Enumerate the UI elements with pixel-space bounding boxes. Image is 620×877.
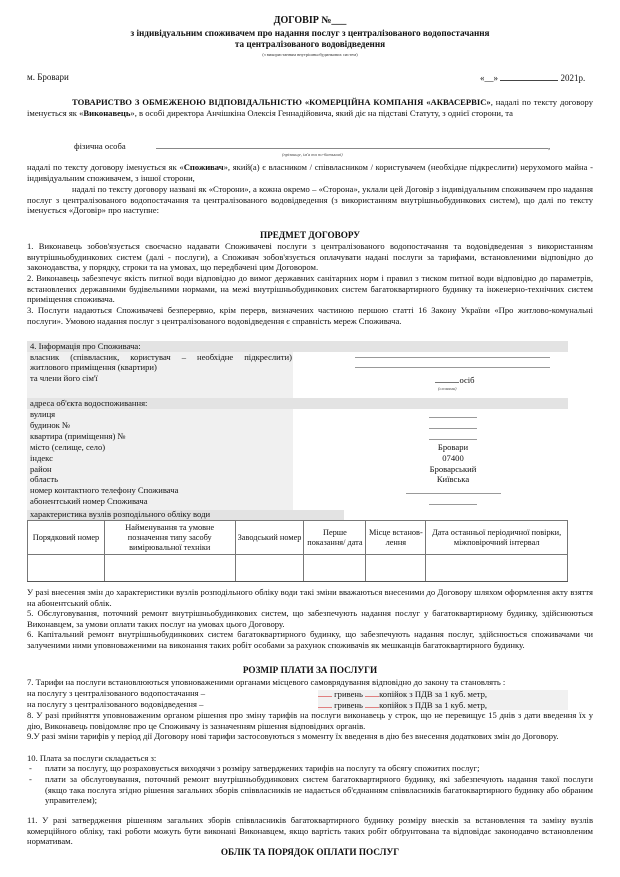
person-caption: (прізвище, ім'я та по-батькові) xyxy=(282,152,343,158)
subtitle-line-1: з індивідуальним споживачем про надання … xyxy=(0,28,620,39)
bullet-dash-icon: - xyxy=(29,774,32,785)
executor-word: Виконавець xyxy=(83,108,130,118)
meters-table: Порядковий номерНайменування та умовне п… xyxy=(27,520,568,582)
person-label: фізична особа xyxy=(74,141,126,151)
tariff-uah-field[interactable] xyxy=(318,688,332,697)
address-value[interactable] xyxy=(393,420,513,431)
owner-label-1: власник (співвласник, користувач – необх… xyxy=(30,352,292,362)
date-year: 2021р. xyxy=(561,73,586,83)
clause-7: 7. Тарифи на послуги встановлюються упов… xyxy=(27,677,593,688)
consumer-info-heading: 4. Інформація про Споживача: xyxy=(30,341,141,351)
address-label: абонентський номер Споживача xyxy=(30,496,148,506)
family-caption: (словами) xyxy=(438,386,457,392)
owner-label-3: та члени його сім'ї xyxy=(30,373,98,383)
address-label: індекс xyxy=(30,453,53,463)
owner-name-field-2[interactable] xyxy=(355,367,550,368)
address-label: місто (селище, село) xyxy=(30,442,105,452)
table-row xyxy=(28,555,568,582)
address-label: область xyxy=(30,474,58,484)
address-label: будинок № xyxy=(30,420,70,430)
address-value[interactable]: Бровари xyxy=(393,442,513,452)
subtitle-note: (з використанням внутрішньобудинкових си… xyxy=(0,52,620,58)
meters-column-header: Перше показання/ дата xyxy=(304,521,366,555)
meters-cell[interactable] xyxy=(104,555,235,582)
preamble-consumer: надалі по тексту договору іменується як … xyxy=(27,162,593,183)
address-value[interactable]: Київська xyxy=(393,474,513,484)
clause-1: 1. Виконавець зобов'язується своєчасно н… xyxy=(27,241,593,273)
section-title-subject: ПРЕДМЕТ ДОГОВОРУ xyxy=(0,230,620,240)
tariff-value: гривень копійок з ПДВ за 1 куб. метр, xyxy=(318,699,487,710)
address-value[interactable] xyxy=(393,431,513,442)
tariff-kop-field[interactable] xyxy=(365,688,379,697)
family-count-field[interactable]: осіб xyxy=(430,374,480,385)
address-value[interactable] xyxy=(393,409,513,420)
contract-subtitle: з індивідуальним споживачем про надання … xyxy=(0,28,620,50)
clause-6: 6. Капітальний ремонт внутрішньобудинков… xyxy=(27,629,593,650)
tariff-label: на послугу з централізованого водовідвед… xyxy=(27,699,203,709)
preamble-parties: надалі по тексту договору названі як «Ст… xyxy=(27,184,593,216)
clause-3: 3. Послуги надаються Споживачеві безпере… xyxy=(27,305,593,326)
address-value[interactable]: 07400 xyxy=(393,453,513,463)
person-field-end: , xyxy=(548,141,550,151)
meters-change-note: У разі внесення змін до характеристики в… xyxy=(27,587,593,608)
tariff-uah-field[interactable] xyxy=(318,699,332,708)
clause-8: 8. У разі прийняття уповноваженим органо… xyxy=(27,710,593,731)
clause-5: 5. Обслуговування, поточний ремонт внутр… xyxy=(27,608,593,629)
meters-heading: характеристика вузлів розподільного облі… xyxy=(30,509,210,519)
date-month-blank[interactable] xyxy=(500,72,558,81)
meters-cell[interactable] xyxy=(235,555,304,582)
tariff-kop-field[interactable] xyxy=(365,699,379,708)
preamble-company: ТОВАРИСТВО З ОБМЕЖЕНОЮ ВІДПОВІДАЛЬНІСТЮ … xyxy=(27,97,593,118)
address-label: вулиця xyxy=(30,409,55,419)
section-title-payment: РОЗМІР ПЛАТИ ЗА ПОСЛУГИ xyxy=(0,665,620,675)
bullet-dash-icon: - xyxy=(29,763,32,774)
person-name-field[interactable] xyxy=(156,148,548,149)
clause-2: 2. Виконавець забезпечує якість питної в… xyxy=(27,273,593,305)
list-item: -плати за обслуговування, поточний ремон… xyxy=(27,774,593,806)
address-value[interactable]: Броварський xyxy=(393,464,513,474)
address-value[interactable] xyxy=(393,485,513,496)
contract-title: ДОГОВІР №___ xyxy=(0,16,620,26)
address-value[interactable] xyxy=(393,496,513,507)
section-title-accounting: ОБЛІК ТА ПОРЯДОК ОПЛАТИ ПОСЛУГ xyxy=(0,847,620,857)
meters-header-row: Порядковий номерНайменування та умовне п… xyxy=(28,521,568,555)
contract-city: м. Бровари xyxy=(27,72,69,82)
meters-column-header: Найменування та умовне позначення типу з… xyxy=(104,521,235,555)
list-item: -плати за послугу, що розраховується вих… xyxy=(27,763,593,774)
meters-cell[interactable] xyxy=(28,555,105,582)
meters-cell[interactable] xyxy=(304,555,366,582)
meters-cell[interactable] xyxy=(426,555,568,582)
tariff-label: на послугу з централізованого водопостач… xyxy=(27,688,205,698)
subtitle-line-2: та централізованого водовідведення xyxy=(0,39,620,50)
address-label: район xyxy=(30,464,52,474)
clause-9: 9.У разі зміни тарифів у період дії Дого… xyxy=(27,731,593,742)
family-unit: осіб xyxy=(459,375,474,385)
clause-11: 11. У разі затвердження рішенням загальн… xyxy=(27,815,593,847)
contract-date: «__» 2021р. xyxy=(480,72,585,83)
owner-name-field[interactable] xyxy=(355,357,550,358)
meters-column-header: Заводський номер xyxy=(235,521,304,555)
address-label: квартира (приміщення) № xyxy=(30,431,126,441)
meters-column-header: Порядковий номер xyxy=(28,521,105,555)
company-name: ТОВАРИСТВО З ОБМЕЖЕНОЮ ВІДПОВІДАЛЬНІСТЮ … xyxy=(72,97,491,107)
meters-column-header: Дата останньої періодичної повірки, міжп… xyxy=(426,521,568,555)
meters-cell[interactable] xyxy=(366,555,426,582)
owner-label-2: житлового приміщення (квартири) xyxy=(30,362,157,372)
address-heading: адреса об'єкта водоспоживання: xyxy=(30,398,147,408)
consumer-word: Споживач xyxy=(184,162,224,172)
clause-10: 10. Плата за послуги складається з: xyxy=(27,753,593,764)
contract-page: ДОГОВІР №___ з індивідуальним споживачем… xyxy=(0,0,620,877)
date-day[interactable]: «__» xyxy=(480,73,498,83)
address-label: номер контактного телефону Споживача xyxy=(30,485,178,495)
meters-column-header: Місце встанов-лення xyxy=(366,521,426,555)
